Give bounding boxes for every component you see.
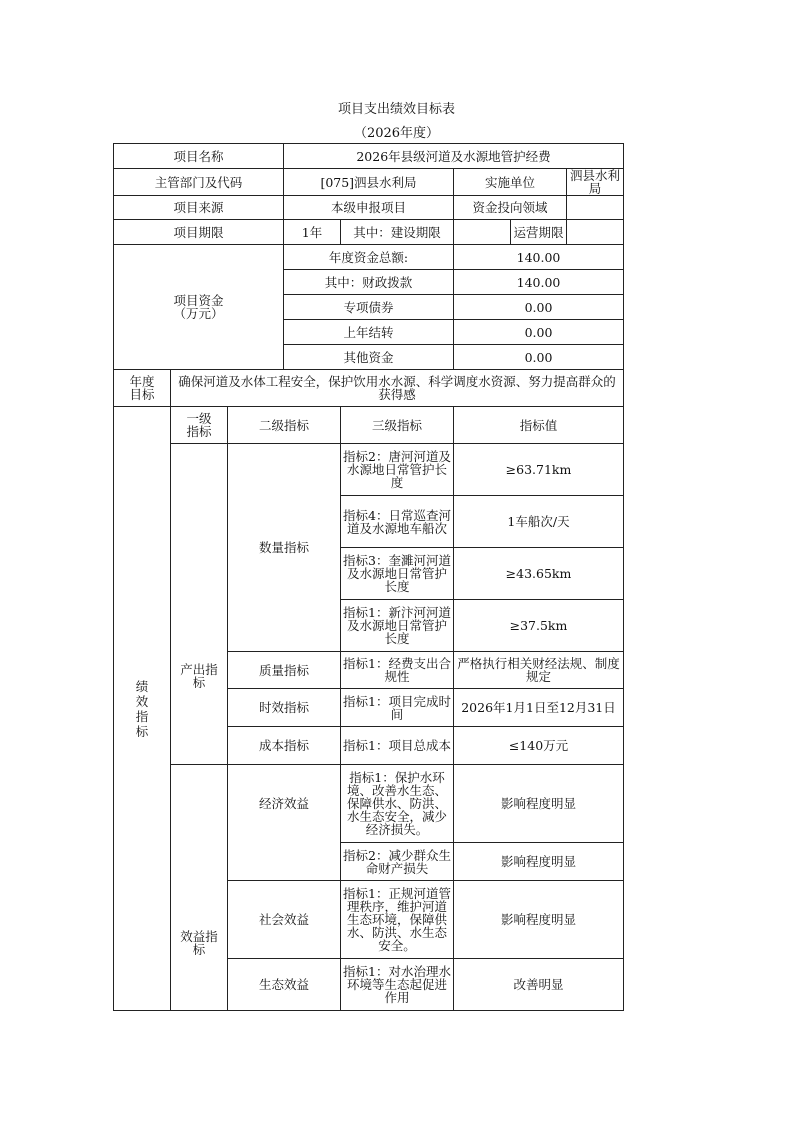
level3-cell: 指标1：项目完成时间 — [341, 689, 454, 727]
level3-cell: 指标1：保护水环境、改善水生态、保障供水、防洪、水生态安全，减少经济损失。 — [341, 765, 454, 843]
level2-social: 社会效益 — [228, 881, 341, 959]
funds-item-value: 0.00 — [454, 295, 624, 320]
period-value: 1年 — [284, 220, 341, 245]
row-dept: 主管部门及代码 [075]泗县水利局 实施单位 泗县水利局 — [114, 169, 624, 196]
level3-cell: 指标1：经费支出合规性 — [341, 652, 454, 689]
value-cell: 严格执行相关财经法规、制度规定 — [454, 652, 624, 689]
annual-goal-label: 年度目标 — [114, 370, 171, 407]
value-cell: ≥37.5km — [454, 600, 624, 652]
indicator-row: 效益指标 经济效益 指标1：保护水环境、改善水生态、保障供水、防洪、水生态安全，… — [114, 765, 624, 843]
funds-item-label: 其中：财政拨款 — [284, 270, 454, 295]
value-cell: ≤140万元 — [454, 727, 624, 765]
source-label: 项目来源 — [114, 196, 284, 220]
operate-period-label: 运营期限 — [511, 220, 567, 245]
impl-unit-label: 实施单位 — [454, 169, 567, 196]
funds-item-value: 140.00 — [454, 270, 624, 295]
funds-item-label: 上年结转 — [284, 320, 454, 345]
row-project-name: 项目名称 2026年县级河道及水源地管护经费 — [114, 144, 624, 169]
level2-economic: 经济效益 — [228, 765, 341, 881]
period-label: 项目期限 — [114, 220, 284, 245]
funds-row: 项目资金 （万元） 年度资金总额: 140.00 — [114, 245, 624, 270]
indicator-row: 产出指标 数量指标 指标2：唐河河道及水源地日常管护长度 ≥63.71km — [114, 444, 624, 496]
funds-label: 项目资金 （万元） — [114, 245, 284, 370]
funds-item-value: 0.00 — [454, 345, 624, 370]
level1-output: 产出指标 — [171, 444, 228, 765]
funds-item-value: 0.00 — [454, 320, 624, 345]
dept-value: [075]泗县水利局 — [284, 169, 454, 196]
row-source: 项目来源 本级申报项目 资金投向领域 — [114, 196, 624, 220]
build-period-value — [454, 220, 511, 245]
header-level1: 一级指标 — [171, 407, 228, 444]
level3-cell: 指标4：日常巡查河道及水源地车船次 — [341, 496, 454, 548]
document-title: 项目支出绩效目标表 — [0, 98, 793, 117]
value-cell: 影响程度明显 — [454, 843, 624, 881]
indicators-section-label: 绩效指标 — [114, 407, 171, 1011]
value-cell: ≥63.71km — [454, 444, 624, 496]
header-value: 指标值 — [454, 407, 624, 444]
build-period-label: 其中：建设期限 — [341, 220, 454, 245]
level3-cell: 指标1：正规河道管理秩序，维护河道生态环境，保障供水、防洪、水生态安全。 — [341, 881, 454, 959]
level1-benefit: 效益指标 — [171, 765, 228, 1011]
level3-cell: 指标1：项目总成本 — [341, 727, 454, 765]
indicator-header-row: 绩效指标 一级指标 二级指标 三级指标 指标值 — [114, 407, 624, 444]
level3-cell: 指标1：对水治理水环境等生态起促进作用 — [341, 959, 454, 1011]
funds-item-label: 年度资金总额: — [284, 245, 454, 270]
funds-item-value: 140.00 — [454, 245, 624, 270]
level3-cell: 指标2：减少群众生命财产损失 — [341, 843, 454, 881]
project-name-label: 项目名称 — [114, 144, 284, 169]
value-cell: 改善明显 — [454, 959, 624, 1011]
value-cell: ≥43.65km — [454, 548, 624, 600]
row-period: 项目期限 1年 其中：建设期限 运营期限 — [114, 220, 624, 245]
level3-cell: 指标1：新汴河河道及水源地日常管护长度 — [341, 600, 454, 652]
project-name-value: 2026年县级河道及水源地管护经费 — [284, 144, 624, 169]
level2-ecological: 生态效益 — [228, 959, 341, 1011]
operate-period-value — [567, 220, 624, 245]
dept-label: 主管部门及代码 — [114, 169, 284, 196]
document-subtitle: （2026年度） — [0, 122, 793, 141]
source-value: 本级申报项目 — [284, 196, 454, 220]
value-cell: 影响程度明显 — [454, 765, 624, 843]
invest-area-value — [567, 196, 624, 220]
level3-cell: 指标2：唐河河道及水源地日常管护长度 — [341, 444, 454, 496]
funds-item-label: 专项债券 — [284, 295, 454, 320]
level2-quality: 质量指标 — [228, 652, 341, 689]
level2-quantity: 数量指标 — [228, 444, 341, 652]
annual-goal-text: 确保河道及水体工程安全，保护饮用水水源、科学调度水资源、努力提高群众的获得感 — [171, 370, 624, 407]
impl-unit-value: 泗县水利局 — [567, 169, 624, 196]
level2-cost: 成本指标 — [228, 727, 341, 765]
value-cell: 影响程度明显 — [454, 881, 624, 959]
funds-item-label: 其他资金 — [284, 345, 454, 370]
value-cell: 1车船次/天 — [454, 496, 624, 548]
value-cell: 2026年1月1日至12月31日 — [454, 689, 624, 727]
funds-label-line2: （万元） — [173, 306, 223, 321]
annual-goal-row: 年度目标 确保河道及水体工程安全，保护饮用水水源、科学调度水资源、努力提高群众的… — [114, 370, 624, 407]
header-level2: 二级指标 — [228, 407, 341, 444]
level3-cell: 指标3：奎濉河河道及水源地日常管护长度 — [341, 548, 454, 600]
invest-area-label: 资金投向领域 — [454, 196, 567, 220]
level2-timeliness: 时效指标 — [228, 689, 341, 727]
header-level3: 三级指标 — [341, 407, 454, 444]
performance-target-table: 项目名称 2026年县级河道及水源地管护经费 主管部门及代码 [075]泗县水利… — [113, 143, 624, 1011]
